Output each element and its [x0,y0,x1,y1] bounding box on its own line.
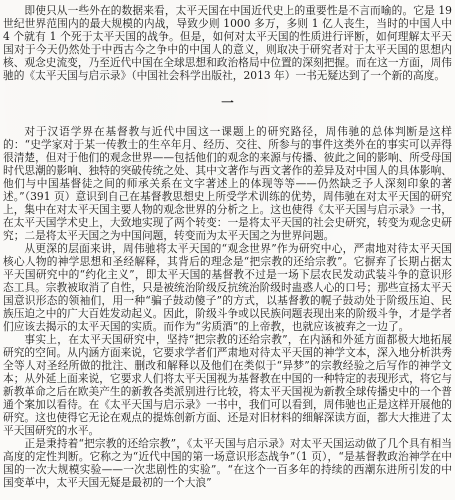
paragraph-concept-world: 从更深的层面来讲，周伟驰将太平天国的“观念世界”作为研究中心，严肃地对待太平天国… [3,242,452,333]
paragraph-religion-returned: 事实上，在太平天国研究中，坚持“把宗教的还给宗教”，在内涵和外延方面都极大地拓展… [3,333,452,437]
paragraph-research-path: 对于汉语学界在基督教与近代中国这一课题上的研究路径，周伟驰的总体判断是这样的：“… [3,125,452,242]
intro-paragraph: 即使只从一些外在的数据来看，太平天国在中国近代史上的重要性是不言而喻的。它是 1… [3,4,452,82]
section-divider: 一 [3,96,452,109]
paragraph-qualitative-judgments: 正是秉持着“把宗教的还给宗教”，《太平天国与启示录》对太平天国运动做了几个具有相… [3,437,452,489]
document-page: 即使只从一些外在的数据来看，太平天国在中国近代史上的重要性是不言而喻的。它是 1… [0,0,455,500]
